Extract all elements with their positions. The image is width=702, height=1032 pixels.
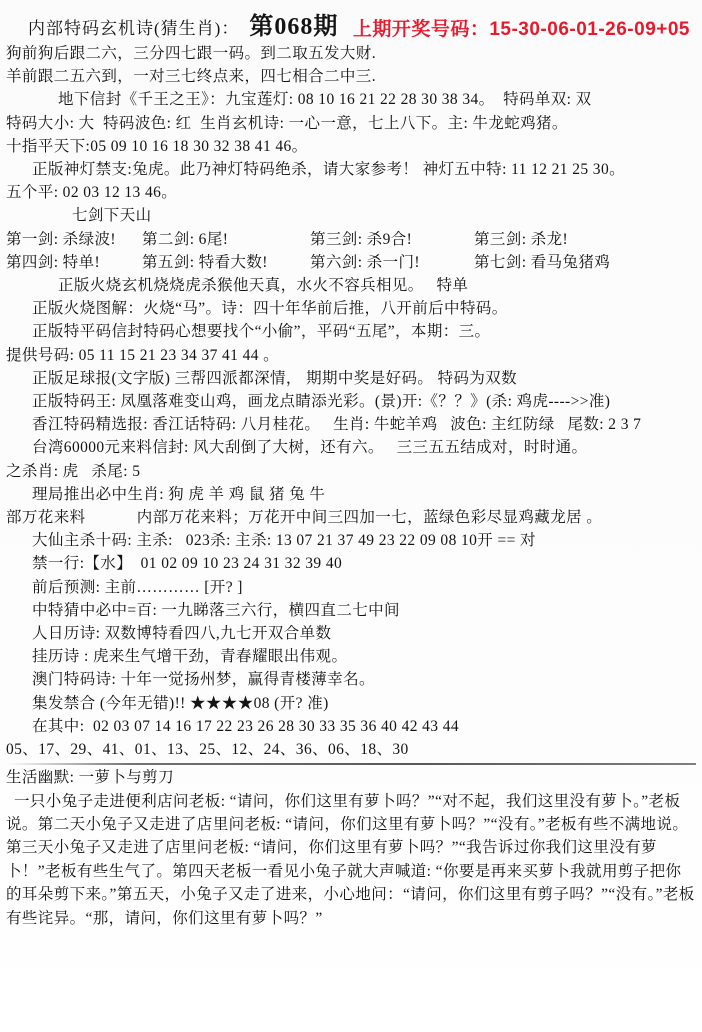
tip-line-xiangjiang-report: 香江特码精选报: 香江话特码: 八月桂花。 生肖: 牛蛇羊鸡 波色: 主红防绿 …	[6, 413, 696, 436]
page-title: 内部特码玄机诗(猜生肖)：	[28, 14, 239, 39]
header: 内部特码玄机诗(猜生肖)： 第068期 上期开奖号码：15-30-06-01-2…	[4, 4, 698, 41]
tip-line-special-flat-code: 正版特平码信封特码心想要找个“小偷”，平码“五尾”，本期：三。	[6, 320, 696, 343]
sword-cell: 第五剑: 特看大数!	[142, 251, 310, 274]
humor-story: 一只小兔子走进便利店问老板: “请问，你们这里有萝卜吗？”“对不起，我们这里没有…	[6, 790, 696, 930]
sword-cell: 第一剑: 杀绿波!	[6, 228, 142, 251]
tip-line-ten-fingers: 十指平天下:05 09 10 16 18 30 32 38 41 46。	[6, 135, 696, 158]
sword-cell: 第二剑: 6尾!	[142, 228, 310, 251]
seven-swords-title: 七剑下天山	[6, 204, 696, 227]
sword-cell: 第七剑: 看马兔猪鸡	[474, 251, 696, 274]
previous-draw-numbers: 上期开奖号码：15-30-06-01-26-09+05	[353, 6, 696, 41]
sword-cell: 第六剑: 杀一门!	[310, 251, 474, 274]
tip-line-provided-numbers: 提供号码: 05 11 15 21 23 34 37 41 44 。	[6, 344, 696, 367]
tip-line-fire-mystery: 正版火烧玄机烧烧虎杀猴他天真，水火不容兵相见。 特单	[6, 274, 696, 297]
tip-line-five-flat: 五个平: 02 03 12 13 46。	[6, 181, 696, 204]
tip-line-immortal-kill-ten: 大仙主杀十码: 主杀: 023杀: 主杀: 13 07 21 37 49 23 …	[6, 529, 696, 552]
tip-line-forbidden-row: 禁一行:【水】 01 02 09 10 23 24 31 32 39 40	[6, 552, 696, 575]
tip-sheet-page: 内部特码玄机诗(猜生肖)： 第068期 上期开奖号码：15-30-06-01-2…	[0, 0, 702, 1032]
tip-line-taiwan-envelope: 台湾60000元来料信封: 风大刮倒了大树，还有六。 三三五五结成对，时时通。	[6, 436, 696, 459]
zodiac-poem-line: 羊前跟二五六到，一对三七终点来，四七相合二中三.	[6, 65, 696, 88]
tip-line-calendar-poem: 人日历诗: 双数博特看四八,九七开双合单数	[6, 622, 696, 645]
zodiac-poem-line: 狗前狗后跟二六，三分四七跟一码。到二取五发大财.	[6, 42, 696, 65]
tip-line-special-code-king: 正版特码王: 凤凰落难变山鸡，画龙点睛添光彩。(景)开:《？？》(杀: 鸡虎--…	[6, 390, 696, 413]
document-body: 狗前狗后跟二六，三分四七跟一码。到二取五发大财. 羊前跟二五六到，一对三七终点来…	[4, 41, 698, 930]
issue-number: 第068期	[249, 6, 338, 41]
sword-row: 第一剑: 杀绿波! 第二剑: 6尾! 第三剑: 杀9合! 第三剑: 杀龙!	[6, 228, 696, 251]
numbers-row: 05、17、29、41、01、13、25、12、24、36、06、18、30	[6, 738, 696, 761]
tip-line-football-paper: 正版足球报(文字版) 三帮四派都深情， 期期中奖是好码。 特码为双数	[6, 367, 696, 390]
tip-line-size-color: 特码大小: 大 特码波色: 红 生肖玄机诗: 一心一意，七上八下。主: 牛龙蛇鸡…	[6, 112, 696, 135]
sword-cell: 第三剑: 杀9合!	[310, 228, 474, 251]
sword-cell: 第三剑: 杀龙!	[474, 228, 696, 251]
sword-row: 第四剑: 特单! 第五剑: 特看大数! 第六剑: 杀一门! 第七剑: 看马兔猪鸡	[6, 251, 696, 274]
tip-line-magic-lamp: 正版神灯禁支:兔虎。此乃神灯特码绝杀，请大家参考！ 神灯五中特: 11 12 2…	[6, 158, 696, 181]
tip-line-bureau-zodiacs: 理局推出必中生肖: 狗 虎 羊 鸡 鼠 猪 兔 牛	[6, 483, 696, 506]
tip-line-wanhua-material: 部万花来料 内部万花来料；万花开中间三四加一七，蓝绿色彩尽显鸡藏龙居 。	[6, 506, 696, 529]
tip-line-macau-poem: 澳门特码诗: 十年一觉扬州梦，赢得青楼薄幸名。	[6, 668, 696, 691]
humor-title: 生活幽默: 一萝卜与剪刀	[6, 766, 696, 789]
tip-line-underground-envelope: 地下信封《千王之王》：九宝莲灯: 08 10 16 21 22 28 30 38…	[6, 88, 696, 111]
tip-line-kill-zodiac: 之杀肖: 虎 杀尾: 5	[6, 460, 696, 483]
tip-line-among-them-numbers: 在其中: 02 03 07 14 16 17 22 23 26 28 30 33…	[6, 715, 696, 738]
tip-line-fire-diagram: 正版火烧图解：火烧“马”。诗：四十年华前后推，八开前后中特码。	[6, 297, 696, 320]
tip-line-before-after-forecast: 前后预测: 主前………… [开? ]	[6, 576, 696, 599]
tip-line-jifa-forbidden: 集发禁合 (今年无错)!! ★★★★08 (开? 准)	[6, 692, 696, 715]
tip-line-wall-calendar-poem: 挂历诗 : 虎来生气增干劲，青春耀眼出伟观。	[6, 645, 696, 668]
divider	[6, 763, 696, 765]
sword-cell: 第四剑: 特单!	[6, 251, 142, 274]
tip-line-mid-special-guess: 中特猜中必中=百: 一九睇落三六行，横四直二七中间	[6, 599, 696, 622]
